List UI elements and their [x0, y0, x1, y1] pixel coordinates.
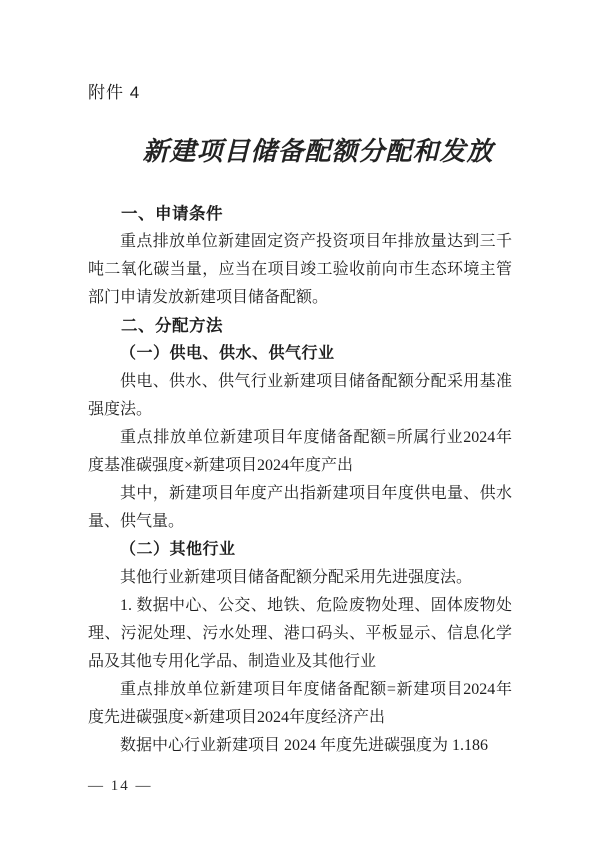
paragraph-body-text-1: 重点排放单位新建固定资产投资项目年排放量达到三千吨二氧化碳当量，应当在项目竣工验…	[88, 228, 512, 312]
paragraph-body-text-8: 其他行业新建项目储备配额分配采用先进强度法。	[88, 564, 512, 592]
paragraph-body-text-11: 数据中心行业新建项目 2024 年度先进碳强度为 1.186	[88, 732, 512, 760]
paragraph-subheading-7: （二）其他行业	[88, 536, 512, 564]
paragraph-body-text-10: 重点排放单位新建项目年度储备配额=新建项目2024年度先进碳强度×新建项目202…	[88, 676, 512, 732]
document-body: 一、申请条件重点排放单位新建固定资产投资项目年排放量达到三千吨二氧化碳当量，应当…	[88, 200, 512, 760]
paragraph-subheading-3: （一）供电、供水、供气行业	[88, 340, 512, 368]
attachment-label: 附件 4	[88, 78, 140, 103]
paragraph-body-text-4: 供电、供水、供气行业新建项目储备配额分配采用基准强度法。	[88, 368, 512, 424]
paragraph-body-text-6: 其中，新建项目年度产出指新建项目年度供电量、供水量、供气量。	[88, 480, 512, 536]
document-title: 新建项目储备配额分配和发放	[18, 131, 600, 168]
document-page: 附件 4 新建项目储备配额分配和发放 一、申请条件重点排放单位新建固定资产投资项…	[0, 0, 600, 848]
paragraph-heading-2: 二、分配方法	[88, 312, 512, 340]
page-number: — 14 —	[88, 778, 153, 795]
paragraph-body-text-5: 重点排放单位新建项目年度储备配额=所属行业2024年度基准碳强度×新建项目202…	[88, 424, 512, 480]
paragraph-heading-0: 一、申请条件	[88, 200, 512, 228]
paragraph-body-text-9: 1. 数据中心、公交、地铁、危险废物处理、固体废物处理、污泥处理、污水处理、港口…	[88, 592, 512, 676]
